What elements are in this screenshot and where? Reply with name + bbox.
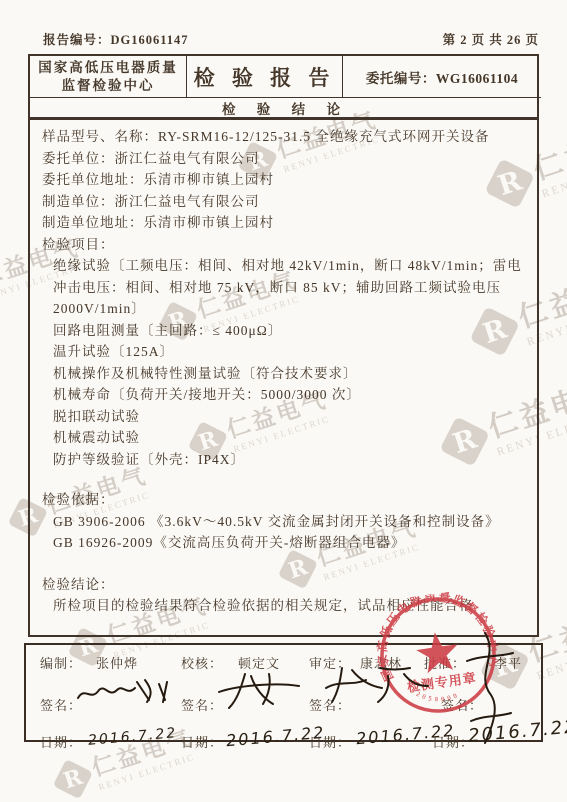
report-number: 报告编号：DG16061147 <box>43 30 189 48</box>
page-indicator: 第 2 页 共 26 页 <box>443 30 539 48</box>
conclusion-body: 样品型号、名称：RY-SRM16-12/125-31.5 全绝缘充气式环网开关设… <box>28 118 539 637</box>
signature-ink-pizhun <box>455 625 525 753</box>
date-handwritten: 2016.7.22 <box>87 725 177 749</box>
date-label: 日期： <box>309 732 351 751</box>
renyi-logo-icon: R <box>53 758 93 798</box>
section-title: 检 验 结 论 <box>30 97 541 117</box>
test-item-vibration: 机械震动试验 <box>42 427 527 449</box>
field-value: 乐清市柳市镇上园村 <box>144 215 275 230</box>
name-bianzhi: 张仲烨 <box>96 653 138 672</box>
test-item-insulation: 绝缘试验〔工频电压：相间、相对地 42kV/1min，断口 48kV/1min；… <box>42 255 527 320</box>
org-name: 国家高低压电器质量 监督检验中心 <box>30 56 187 97</box>
field-label: 制造单位： <box>42 194 115 209</box>
field-value: 浙江仁益电气有限公司 <box>115 194 260 209</box>
test-item-ip-rating: 防护等级验证〔外壳：IP4X〕 <box>42 449 527 471</box>
commission-number: 委托编号：WG16061104 <box>343 56 541 97</box>
org-name-line1: 国家高低压电器质量 <box>38 59 178 77</box>
basis-gb16926: GB 16926-2009《交流高压负荷开关-熔断器组合电器》 <box>42 532 527 554</box>
top-bar: 报告编号：DG16061147 第 2 页 共 26 页 <box>43 30 539 48</box>
test-items-header: 检验项目： <box>42 234 527 256</box>
field-value: RY-SRM16-12/125-31.5 全绝缘充气式环网开关设备 <box>158 129 490 144</box>
field-label: 委托单位： <box>42 151 115 166</box>
field-value: 乐清市柳市镇上园村 <box>144 172 275 187</box>
field-label: 委托单位地址： <box>42 172 144 187</box>
signature-ink-shending <box>322 660 437 712</box>
inspection-report-page: R 仁益电气RENYI ELECTRIC R 仁益电气RENYI ELECTRI… <box>0 0 567 802</box>
field-value: 浙江仁益电气有限公司 <box>115 151 260 166</box>
test-item-resistance: 回路电阻测量〔主回路：≤ 400μΩ〕 <box>42 320 527 342</box>
field-label: 制造单位地址： <box>42 215 144 230</box>
date-label: 日期： <box>40 732 82 751</box>
signature-ink-jiaohe <box>213 668 308 713</box>
org-name-line2: 监督检验中心 <box>62 77 155 95</box>
field-client: 委托单位：浙江仁益电气有限公司 <box>42 148 527 170</box>
role-label-bianzhi: 编制： <box>40 653 82 672</box>
test-item-mechanical-life: 机械寿命〔负荷开关/接地开关：5000/3000 次〕 <box>42 384 527 406</box>
field-sample: 样品型号、名称：RY-SRM16-12/125-31.5 全绝缘充气式环网开关设… <box>42 126 527 148</box>
date-label: 日期： <box>181 732 223 751</box>
header-table: 国家高低压电器质量 监督检验中心 检 验 报 告 委托编号：WG16061104… <box>28 54 539 119</box>
test-item-trip-linkage: 脱扣联动试验 <box>42 406 527 428</box>
basis-header: 检验依据： <box>42 489 527 511</box>
basis-gb3906: GB 3906-2006 《3.6kV～40.5kV 交流金属封闭开关设备和控制… <box>42 511 527 533</box>
field-manufacturer: 制造单位：浙江仁益电气有限公司 <box>42 191 527 213</box>
test-item-mechanical-operation: 机械操作及机械特性测量试验〔符合技术要求〕 <box>42 363 527 385</box>
test-item-temperature: 温升试验〔125A〕 <box>42 341 527 363</box>
signature-ink-bianzhi <box>75 672 185 712</box>
field-client-address: 委托单位地址：乐清市柳市镇上园村 <box>42 169 527 191</box>
report-title: 检 验 报 告 <box>187 56 343 97</box>
field-manufacturer-address: 制造单位地址：乐清市柳市镇上园村 <box>42 212 527 234</box>
field-label: 样品型号、名称： <box>42 129 158 144</box>
